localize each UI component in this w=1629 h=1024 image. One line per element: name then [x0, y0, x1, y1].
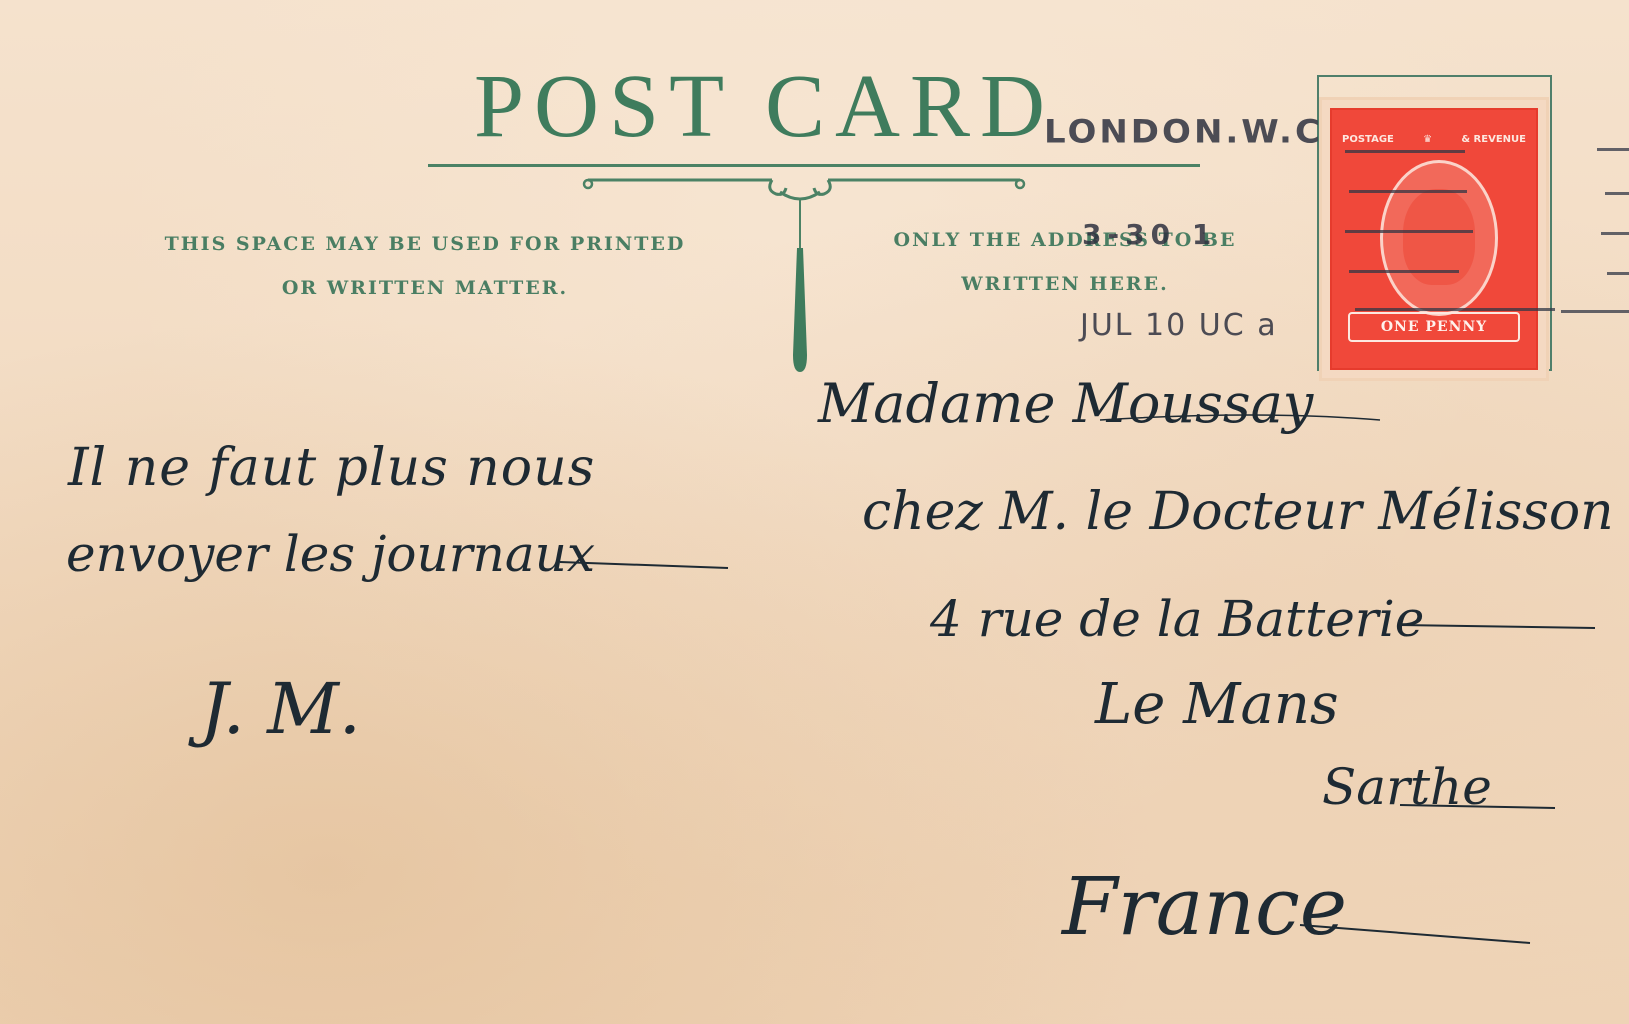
handwriting-flourishes — [0, 0, 1629, 1024]
postcard-back: POST CARD THIS SPACE MAY BE USED FOR PRI… — [0, 0, 1629, 1024]
